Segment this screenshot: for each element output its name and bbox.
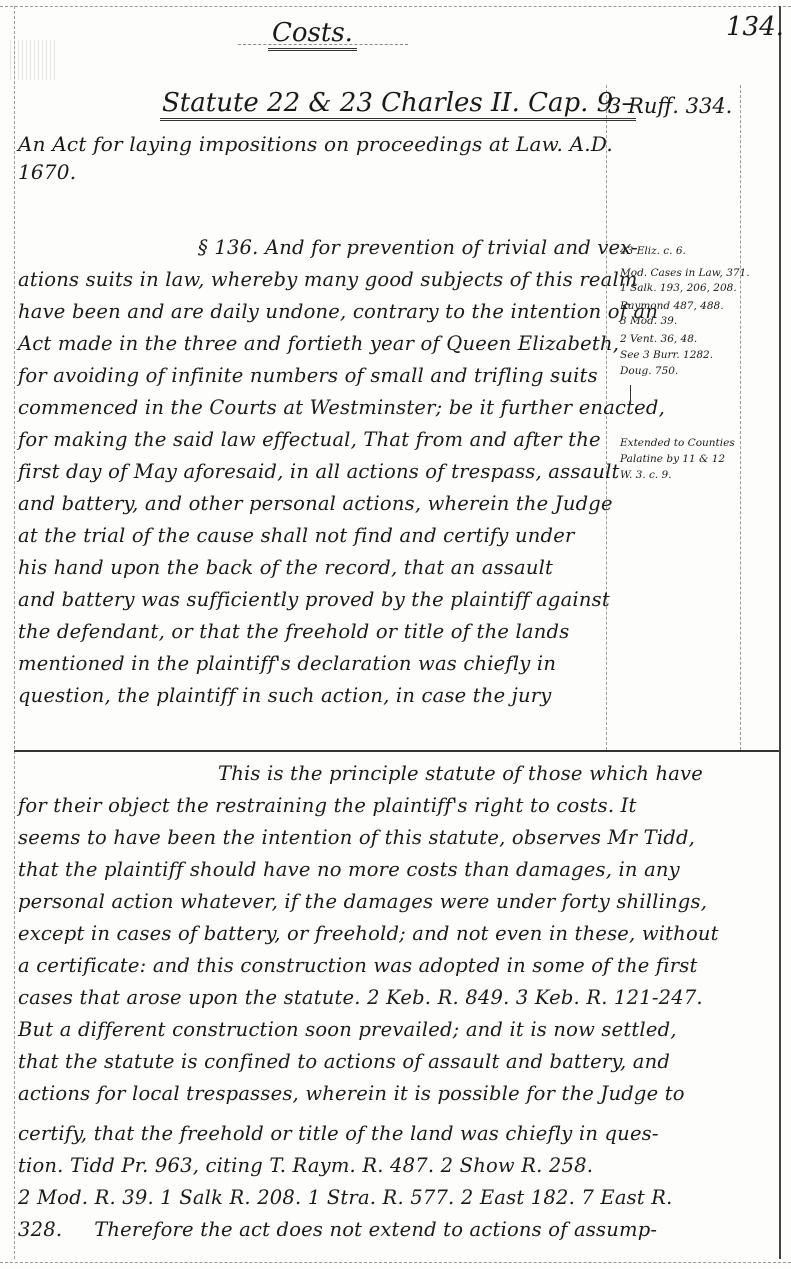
margin-extension-note: W. 3. c. 9. — [620, 467, 672, 483]
commentary-line: that the plaintiff should have no more c… — [18, 858, 680, 881]
section-line: and battery, and other personal actions,… — [18, 492, 613, 515]
commentary-line: But a different construction soon prevai… — [18, 1018, 677, 1041]
section-line: Act made in the three and fortieth year … — [18, 332, 619, 355]
section-line: the defendant, or that the freehold or t… — [18, 620, 569, 643]
section-divider — [14, 750, 779, 752]
statute-heading: Statute 22 & 23 Charles II. Cap. 9.– — [160, 88, 636, 121]
statute-reference: 3 Ruff. 334. — [608, 94, 732, 118]
section-line: at the trial of the cause shall not find… — [18, 524, 575, 547]
commentary-line: that the statute is confined to actions … — [18, 1050, 670, 1073]
margin-mark — [630, 385, 631, 405]
section-line: his hand upon the back of the record, th… — [18, 556, 553, 579]
commentary-line: tion. Tidd Pr. 963, citing T. Raym. R. 4… — [18, 1154, 593, 1177]
manuscript-page: Costs. 134. Statute 22 & 23 Charles II. … — [0, 0, 791, 1269]
section-line: § 136. And for prevention of trivial and… — [18, 236, 638, 259]
margin-citation: 43 Eliz. c. 6. — [620, 243, 686, 259]
commentary-line: for their object the restraining the pla… — [18, 794, 637, 817]
act-year: 1670. — [18, 160, 76, 184]
commentary-line: actions for local trespasses, wherein it… — [18, 1082, 685, 1105]
margin-citation: Mod. Cases in Law, 371. — [620, 265, 750, 281]
section-line: mentioned in the plaintiff's declaration… — [18, 652, 556, 675]
commentary-line: cases that arose upon the statute. 2 Keb… — [18, 986, 703, 1009]
commentary-line: 328. Therefore the act does not extend t… — [18, 1218, 657, 1241]
margin-extension-note: Palatine by 11 & 12 — [620, 451, 725, 467]
section-line: and battery was sufficiently proved by t… — [18, 588, 610, 611]
margin-citation: 3 Mod. 39. — [620, 313, 677, 329]
section-line: question, the plaintiff in such action, … — [18, 684, 551, 707]
section-line: commenced in the Courts at Westminster; … — [18, 396, 665, 419]
margin-extension-note: Extended to Counties — [620, 435, 735, 451]
margin-column-rule-right — [740, 85, 741, 750]
commentary-line: This is the principle statute of those w… — [18, 762, 703, 785]
page-title: Costs. — [268, 18, 357, 51]
section-line: have been and are daily undone, contrary… — [18, 300, 658, 323]
section-line: for making the said law effectual, That … — [18, 428, 601, 451]
commentary-line: 2 Mod. R. 39. 1 Salk R. 208. 1 Stra. R. … — [18, 1186, 673, 1209]
margin-citation: See 3 Burr. 1282. — [620, 347, 713, 363]
commentary-line: seems to have been the intention of this… — [18, 826, 695, 849]
page-number: 134. — [726, 12, 784, 42]
commentary-line: personal action whatever, if the damages… — [18, 890, 707, 913]
margin-citation: 1 Salk. 193, 206, 208. — [620, 280, 737, 296]
commentary-line: a certificate: and this construction was… — [18, 954, 698, 977]
right-edge-rule — [779, 6, 781, 1259]
section-line: first day of May aforesaid, in all actio… — [18, 460, 620, 483]
act-title-line: An Act for laying impositions on proceed… — [18, 132, 613, 156]
bottom-rule — [0, 1262, 791, 1263]
margin-citation: 2 Vent. 36, 48. — [620, 331, 697, 347]
section-line: ations suits in law, whereby many good s… — [18, 268, 638, 291]
top-rule — [0, 6, 791, 7]
section-line: for avoiding of infinite numbers of smal… — [18, 364, 598, 387]
commentary-line: except in cases of battery, or freehold;… — [18, 922, 719, 945]
margin-citation: Doug. 750. — [620, 363, 678, 379]
commentary-line: certify, that the freehold or title of t… — [18, 1122, 659, 1145]
faded-stamp — [10, 40, 55, 80]
margin-citation: Raymond 487, 488. — [620, 298, 724, 314]
left-margin-rule — [14, 6, 15, 1259]
